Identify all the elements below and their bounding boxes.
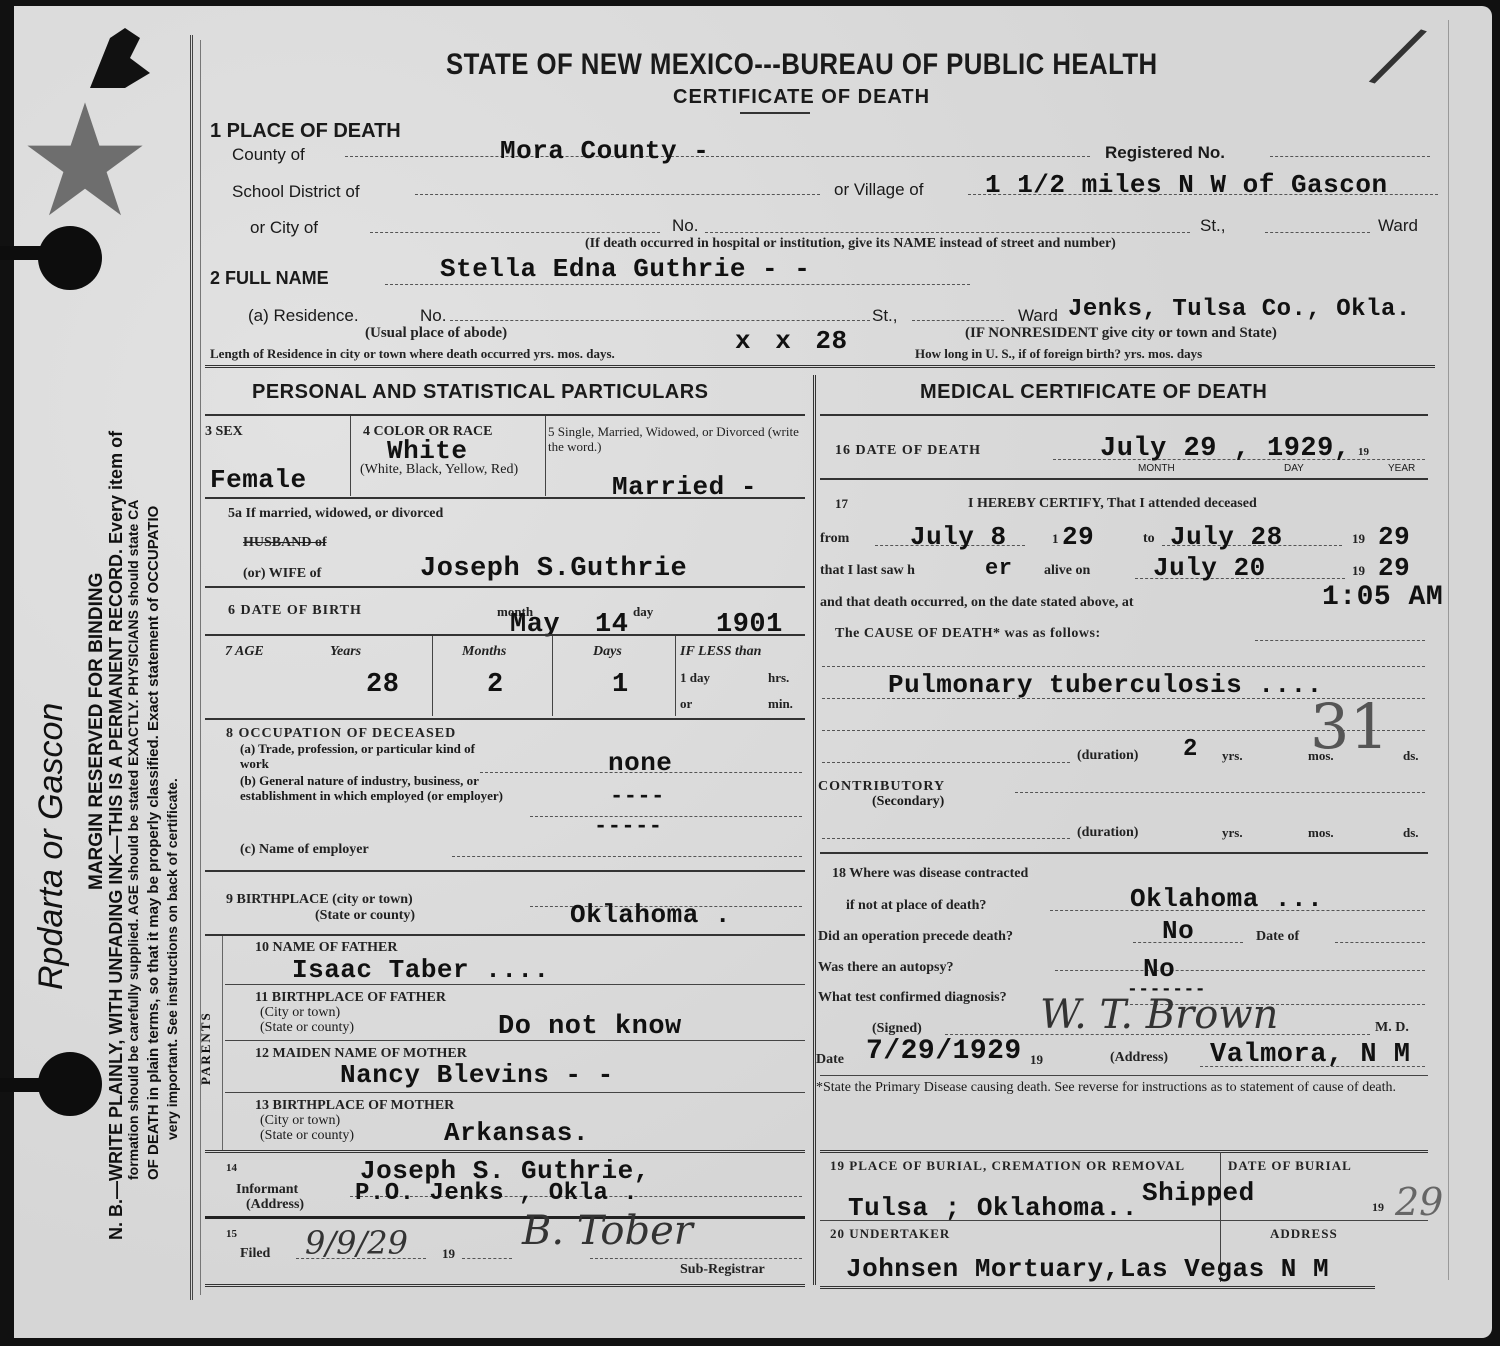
street-no-field [705,232,1190,233]
birthplace-label: 9 BIRTHPLACE (city or town) [226,892,413,908]
divider [205,497,805,499]
occupation-label: 8 OCCUPATION OF DECEASED [226,726,456,742]
mother-birthplace-sub2: (State or county) [260,1128,354,1144]
operation-date-label: Date of [1256,929,1299,945]
from-year-value: 29 [1062,522,1094,552]
contracted-value: Oklahoma ... [1130,884,1323,914]
duration-mos-label: mos. [1308,748,1334,764]
residence-st-label: St., [872,306,898,326]
md-label: M. D. [1375,1020,1409,1036]
burial-shipped-value: Shipped [1142,1178,1255,1208]
informant-label: Informant [236,1182,298,1198]
last-saw-pronoun: er [985,556,1012,581]
age-less-hrs-label: hrs. [768,670,789,686]
duration-years-value: 2 [1183,736,1198,763]
informant-address-label: (Address) [246,1197,304,1213]
age-less-label: IF LESS than [680,644,761,660]
last-saw-year-prefix: 19 [1352,563,1365,579]
contributory-yrs-label: yrs. [1222,825,1243,841]
race-options-note: (White, Black, Yellow, Red) [360,462,535,478]
burial-year-value: 29 [1395,1180,1443,1224]
operation-label: Did an operation precede death? [818,929,1013,945]
hospital-note: (If death occurred in hospital or instit… [585,236,1116,252]
residence-value: Jenks, Tulsa Co., Okla. [1068,296,1411,323]
operation-date-field [1335,942,1425,943]
divider [552,636,553,716]
duration-ds-label: ds. [1403,748,1419,764]
personal-heading: PERSONAL AND STATISTICAL PARTICULARS [252,381,709,404]
margin-note-line2: formation should be carefully supplied. … [125,500,141,1180]
city-label: or City of [250,218,318,238]
filed-value: 9/9/29 [305,1224,408,1262]
contracted-label: 18 Where was disease contracted [832,866,1028,882]
occupation-b-value-2: ----- [594,814,663,839]
medical-heading: MEDICAL CERTIFICATE OF DEATH [920,381,1267,404]
to-year-prefix: 19 [1352,531,1365,547]
divider [820,1150,1428,1153]
contributory-label: CONTRIBUTORY [818,779,945,795]
dod-year-prefix: 19 [1358,446,1369,458]
cause-of-death-label: The CAUSE OF DEATH* was as follows: [835,626,1101,642]
age-days-label: Days [593,644,622,660]
filed-number: 15 [226,1228,237,1240]
divider [675,636,676,716]
length-of-residence-value: x x 28 [735,326,848,356]
usual-abode-note: (Usual place of abode) [365,325,507,342]
birthplace-value: Oklahoma . [570,900,731,930]
dod-year-caption: YEAR [1388,463,1415,474]
age-months-value: 2 [487,670,504,700]
certificate-date-value: 7/29/1929 [866,1036,1022,1067]
registrar-label: Sub-Registrar [680,1262,765,1278]
age-label: 7 AGE [225,644,264,660]
death-time-value: 1:05 AM [1322,582,1443,613]
divider [205,634,805,636]
cause-field [822,730,1425,731]
marital-status-label: 5 Single, Married, Widowed, or Divorced … [548,424,808,454]
residence-label: (a) Residence. [248,306,359,326]
dod-day-caption: DAY [1284,463,1304,474]
occupation-b-label: (b) General nature of industry, business… [240,773,540,803]
section-divider [205,365,1435,368]
registered-no-label: Registered No. [1105,143,1225,163]
father-birthplace-sub2: (State or county) [260,1020,354,1036]
last-saw-value: July 20 [1153,553,1266,583]
divider [820,414,1428,416]
undertaker-value: Johnsen Mortuary,Las Vegas N M [846,1254,1329,1284]
father-birthplace-label: 11 BIRTHPLACE OF FATHER [255,990,446,1006]
divider [820,852,1428,854]
cause-field [822,762,1070,763]
title-underline [740,112,810,114]
margin-note-line4: very important. See instructions on back… [164,778,180,1140]
divider [205,414,805,416]
father-birthplace-sub1: (City or town) [260,1005,340,1021]
occupation-b-field [530,816,802,817]
column-divider [813,375,816,1285]
to-label: to [1143,531,1155,547]
star-stamp-icon [25,100,145,220]
full-name-field-line [385,284,970,285]
parents-divider [222,936,223,1151]
date-of-death-label: 16 DATE OF DEATH [835,443,981,459]
divider [820,478,1428,480]
duration-label: (duration) [1077,748,1138,764]
dod-month-caption: MONTH [1138,463,1175,474]
autopsy-field [1055,970,1425,971]
burial-date-label: DATE OF BURIAL [1228,1158,1352,1174]
contributory-mos-label: mos. [1308,825,1334,841]
age-days-value: 1 [612,670,629,700]
autopsy-label: Was there an autopsy? [818,960,953,976]
full-name-value: Stella Edna Guthrie - - [440,254,810,284]
death-time-label: and that death occurred, on the date sta… [820,595,1134,611]
test-label: What test confirmed diagnosis? [818,990,1007,1006]
margin-binding-label: MARGIN RESERVED FOR BINDING [86,573,108,890]
age-years-label: Years [330,644,361,660]
certificate-year-prefix: 19 [1030,1052,1043,1068]
occupation-a-value: none [608,748,672,778]
burial-place-label: 19 PLACE OF BURIAL, CREMATION OR REMOVAL [830,1158,1210,1174]
filed-year-prefix: 19 [442,1246,455,1262]
length-of-residence-label: Length of Residence in city or town wher… [210,346,615,362]
nonresident-note: (IF NONRESIDENT give city or town and St… [965,325,1277,342]
sex-label: 3 SEX [205,424,243,440]
margin-note-line3: OF DEATH in plain terms, so that it may … [145,506,162,1180]
filed-year-field [462,1258,512,1259]
form-right-border [1448,20,1449,1280]
street-label: St., [1200,216,1226,236]
age-less-day-label: 1 day [680,670,710,686]
full-name-label: 2 FULL NAME [210,268,329,289]
form-left-border [200,40,201,1295]
cause-field [822,666,1425,667]
last-saw-label: that I last saw h [820,563,915,579]
divider [225,1092,805,1093]
registered-no-field [1270,156,1430,157]
village-value: 1 1/2 miles N W of Gascon [985,170,1388,200]
signed-label: (Signed) [872,1021,922,1037]
cause-of-death-value: Pulmonary tuberculosis .... [888,670,1323,700]
city-field [370,232,660,233]
occupation-a-label: (a) Trade, profession, or particular kin… [240,741,480,771]
foreign-birth-label: How long in U. S., if of foreign birth? … [915,346,1202,362]
contributory-ds-label: ds. [1403,825,1419,841]
residence-ward-label: Ward [1018,306,1058,326]
divider [225,984,805,985]
certify-text: I HEREBY CERTIFY, That I attended deceas… [968,496,1257,512]
physician-address-label: (Address) [1110,1050,1168,1066]
parents-side-label: PARENTS [198,1011,214,1085]
divider [350,416,351,496]
informant-number: 14 [226,1162,237,1174]
from-label: from [820,531,849,547]
age-years-value: 28 [366,670,399,700]
mother-name-value: Nancy Blevins - - [340,1060,614,1090]
binding-hole-slot [0,1078,60,1092]
divider [205,934,805,936]
to-year-value: 29 [1378,522,1410,552]
divider [225,1040,805,1041]
county-label: County of [232,145,305,165]
employer-field [452,856,802,857]
physician-signature: W. T. Brown [1040,992,1278,1038]
residence-street-field [450,320,870,321]
spouse-section-label: 5a If married, widowed, or divorced [228,506,443,522]
divider [205,718,805,720]
margin-handwritten-note: Rpdarta or Gascon [32,703,71,990]
alive-on-label: alive on [1044,563,1090,579]
divider [205,870,805,872]
village-label: or Village of [834,180,923,200]
ward-field [1265,232,1370,233]
contributory-field [822,838,1070,839]
divider [432,636,433,716]
residence-ward-field [912,320,1004,321]
date-of-death-value: July 29 , 1929, [1100,434,1351,464]
wife-label: (or) WIFE of [243,566,321,582]
birthplace-sub-label: (State or county) [315,908,415,924]
burial-year-prefix: 19 [1372,1200,1384,1215]
physician-address-value: Valmora, N M [1210,1040,1410,1070]
divider [205,586,805,588]
residence-no-label: No. [420,306,446,326]
registrar-field [590,1258,802,1259]
mother-birthplace-sub1: (City or town) [260,1113,340,1129]
dob-day-caption: day [633,604,653,620]
occupation-c-label: (c) Name of employer [240,842,369,858]
divider [545,416,546,496]
father-name-label: 10 NAME OF FATHER [255,940,397,956]
county-value: Mora County - [500,136,709,166]
father-birthplace-value: Do not know [498,1012,682,1042]
from-year-prefix: 1 [1052,531,1059,547]
page-title: STATE OF NEW MEXICO---BUREAU OF PUBLIC H… [446,48,1158,82]
place-of-death-label: 1 PLACE OF DEATH [210,120,401,143]
mother-birthplace-value: Arkansas. [444,1118,589,1148]
contributory-duration-label: (duration) [1077,825,1138,841]
last-saw-year-value: 29 [1378,553,1410,583]
to-value: July 28 [1170,522,1283,552]
certify-number: 17 [835,496,848,512]
age-less-or-label: or [680,696,692,712]
from-value: July 8 [910,522,1007,552]
margin-rule [190,35,193,1300]
informant-address-value: P.O. Jenks , Okla . [355,1180,638,1207]
pointing-hand-icon [80,18,160,98]
dob-label: 6 DATE OF BIRTH [228,603,362,619]
school-district-field [415,194,820,195]
ward-label: Ward [1378,216,1418,236]
contributory-field [1015,792,1425,793]
page-subtitle: CERTIFICATE OF DEATH [673,86,930,109]
contracted-sub-label: if not at place of death? [846,898,986,914]
occupation-b-value: ---- [610,784,665,809]
divider [205,1150,805,1153]
mother-birthplace-label: 13 BIRTHPLACE OF MOTHER [255,1098,454,1114]
divider [820,1075,1428,1076]
sex-value: Female [210,465,307,495]
age-months-label: Months [462,644,506,660]
divider [820,1220,1428,1221]
divider [820,1286,1375,1289]
street-no-label: No. [672,216,698,236]
footnote: *State the Primary Disease causing death… [816,1080,1426,1096]
husband-label: HUSBAND of [243,535,327,551]
margin-note-line1: N. B.—WRITE PLAINLY, WITH UNFADING INK—T… [106,431,127,1240]
binding-hole-slot [0,246,60,260]
divider [205,1284,805,1287]
cause-field [1255,640,1425,641]
school-district-label: School District of [232,182,360,202]
contributory-sub-label: (Secondary) [872,794,944,810]
burial-place-value: Tulsa ; Oklahoma.. [848,1193,1138,1223]
operation-value: No [1162,916,1194,946]
undertaker-label: 20 UNDERTAKER [830,1226,950,1242]
spouse-value: Joseph S.Guthrie [420,554,687,584]
age-less-min-label: min. [768,696,793,712]
county-field-line [345,156,1090,157]
father-name-value: Isaac Taber .... [292,955,550,985]
undertaker-address-label: ADDRESS [1270,1226,1338,1242]
certificate-date-label: Date [816,1052,844,1068]
registrar-signature: B. Tober [522,1208,693,1254]
filed-label: Filed [240,1246,270,1262]
divider [205,1216,805,1219]
duration-yrs-label: yrs. [1222,748,1243,764]
